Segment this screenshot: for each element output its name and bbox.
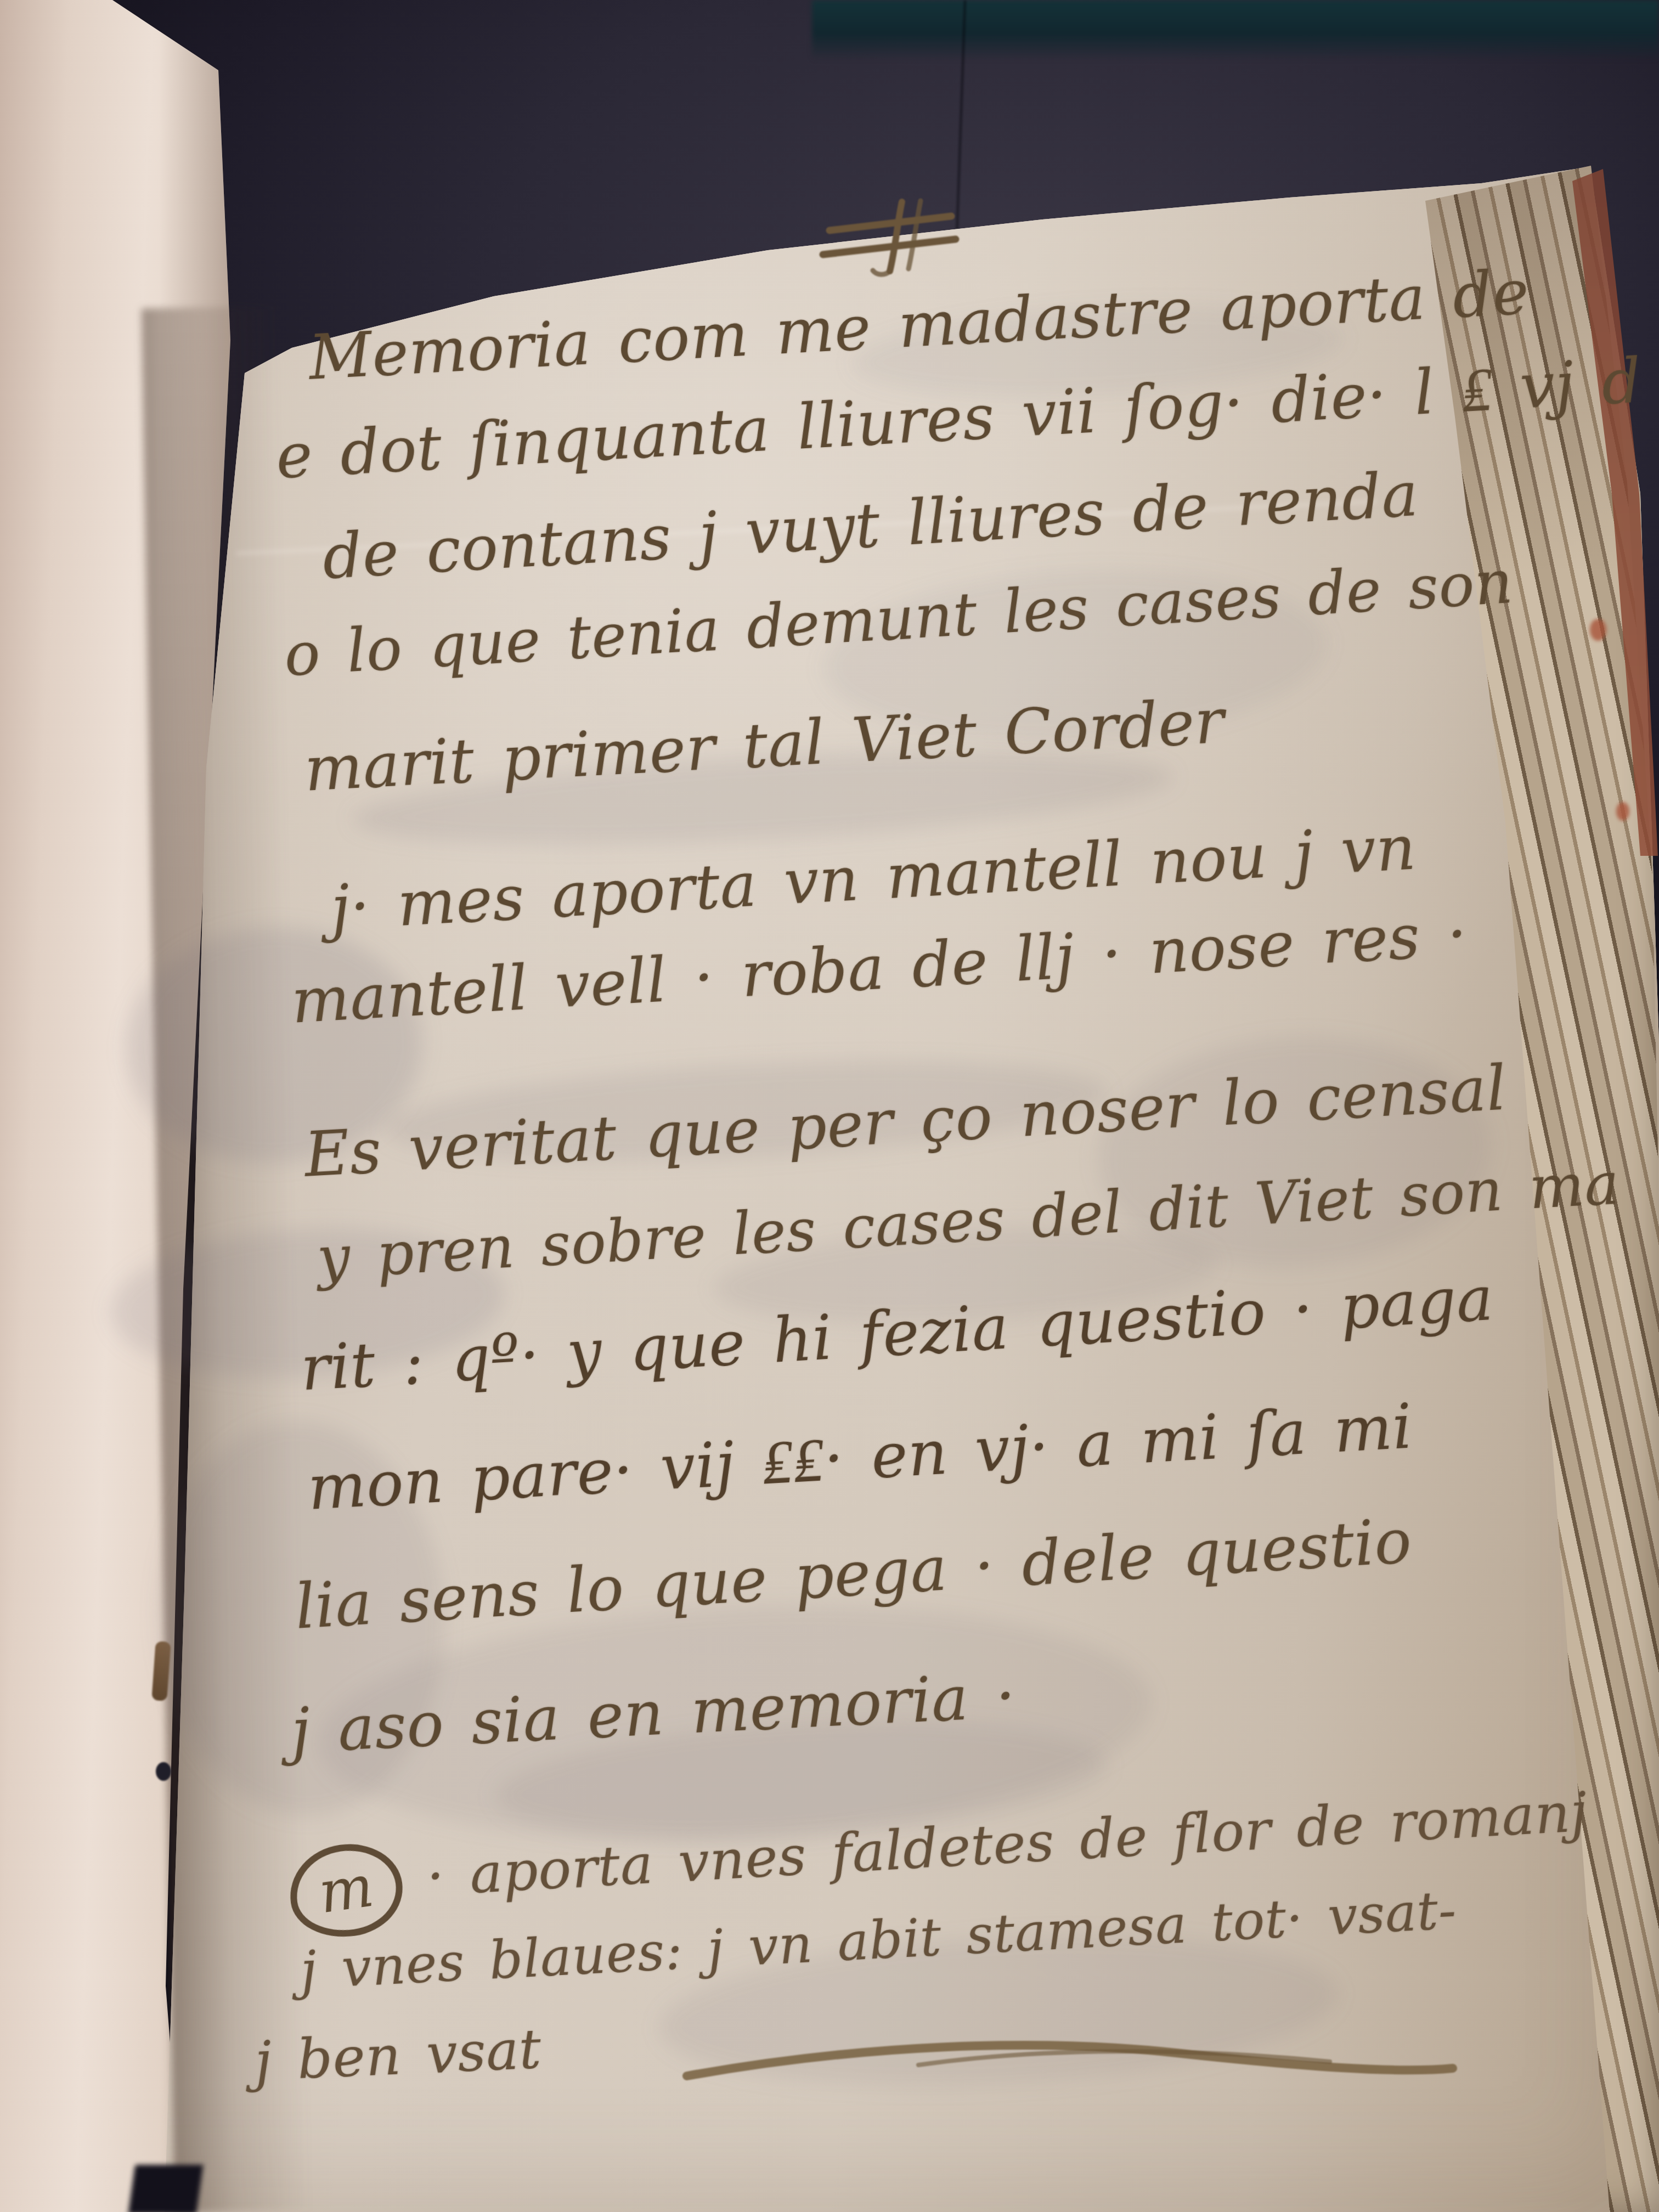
manuscript-line: mon pare· vij ₤₤· en vj· a mi ſa mi — [306, 1395, 1414, 1521]
header-cross-mark — [819, 199, 961, 275]
manuscript-photo: m Memoria com me madastre aporta dee dot… — [0, 0, 1659, 2212]
pen-flourish — [682, 2036, 1462, 2102]
handwriting-layer: m Memoria com me madastre aporta dee dot… — [0, 0, 1659, 2212]
circled-m-paragraph-mark: m — [284, 1837, 408, 1944]
paragraph-mark-letter: m — [315, 1858, 377, 1922]
manuscript-line: j ben vsat — [253, 2020, 543, 2090]
